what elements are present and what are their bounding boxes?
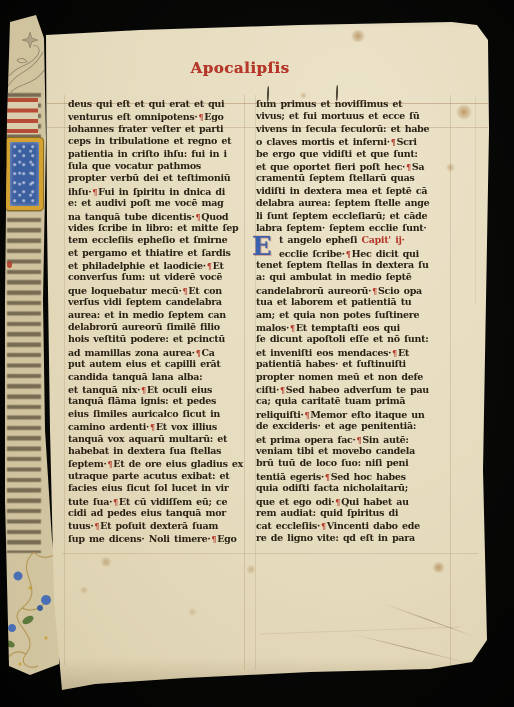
text-segment: Et: [398, 348, 409, 359]
previous-folio-illuminated-initial: [6, 138, 43, 210]
text-segment: veniam tibi et movebo candela: [256, 446, 415, 457]
text-line: facies eius ſicut ſol lucet in vir: [68, 483, 248, 495]
running-title: Apocalipſis: [168, 59, 312, 78]
text-line: tua et laborem et patientiā tu: [256, 297, 452, 309]
text-segment: ad mamillas zona aurea·: [68, 348, 195, 359]
text-segment: vivus; et fui mortuus et ecce ſū: [256, 111, 420, 122]
text-segment: et inveniſti eos mendaces·: [256, 348, 391, 359]
text-line: et prima opera fac·¶Sin autē:: [256, 434, 452, 446]
text-segment: Et de ore eius gladius ex: [113, 459, 243, 470]
text-line: iohannes frater veſter et parti: [68, 124, 248, 136]
text-column-right: E ſum primus et noviſſimus etvivus; et f…: [256, 99, 452, 545]
text-segment: am; et quia non potes ſuſtinere: [256, 310, 419, 321]
text-line: ſe dicunt apoſtoli eſſe et nō ſunt:: [256, 334, 452, 346]
text-line: cat eccleſiis·¶Vincenti dabo ede: [256, 520, 452, 532]
text-line: na tanquā tube dicentis·¶Quod: [68, 211, 248, 223]
text-segment: cramentū ſeptem ſtellarū quas: [256, 173, 414, 184]
text-segment: utraque parte acutus exibat: et: [68, 471, 229, 482]
parchment-stain: [456, 104, 472, 120]
text-segment: eius ſimiles auricalco ſicut in: [68, 409, 220, 420]
text-line: tuus·¶Et poſuit dexterā ſuam: [68, 520, 248, 532]
text-segment: na tanquā tube dicentis·: [68, 212, 194, 223]
text-line: tem eccleſiis epheſio et ſmirne: [68, 235, 248, 247]
paraph-mark: ¶: [206, 261, 213, 271]
ruled-line-vertical: [475, 95, 476, 305]
text-segment: Ca: [201, 348, 214, 359]
text-line: habebat in dextera ſua ſtellas: [68, 446, 248, 458]
text-segment: Ego: [217, 534, 236, 545]
text-segment: Et cū vidiſſem eū; ce: [119, 497, 227, 508]
text-segment: a: qui ambulat in medio ſeptē: [256, 272, 411, 283]
text-line: am; et quia non potes ſuſtinere: [256, 310, 452, 322]
text-segment: ihſu·: [68, 187, 91, 198]
text-line: labra ſeptem· ſeptem ecclie ſunt·: [256, 223, 452, 235]
text-line: o claves mortis et inferni·¶Scri: [256, 136, 452, 148]
text-line: ſula que vocatur pathmos: [68, 161, 248, 173]
text-segment: vidiſti in dextera mea et ſeptē cā: [256, 186, 427, 197]
text-line: veniam tibi et movebo candela: [256, 446, 452, 458]
text-line: vivus; et fui mortuus et ecce ſū: [256, 111, 452, 123]
text-line: ciſti·¶Sed habeo adverſum te pau: [256, 384, 452, 396]
text-segment: rem audiat: quid ſpiritus di: [256, 508, 398, 519]
text-segment: converſus ſum: ut viderē vocē: [68, 272, 222, 283]
paraph-mark: ¶: [140, 385, 147, 395]
text-segment: tanquā flāma ignis: et pedes: [68, 396, 216, 407]
text-segment: Et con: [188, 286, 221, 297]
text-segment: candida tanquā lana alba:: [68, 372, 202, 383]
text-line: utraque parte acutus exibat: et: [68, 471, 248, 483]
text-segment: habebat in dextera ſua ſtellas: [68, 446, 221, 457]
text-line: ceps in tribulatione et regno et: [68, 136, 248, 148]
chapter-initial-letter: E: [252, 235, 272, 259]
manuscript-page: Apocalipſis deus qui eſt et qui erat et …: [0, 0, 514, 707]
text-segment: malos·: [256, 323, 289, 334]
text-line: tanquā vox aquarū multarū: et: [68, 434, 248, 446]
text-segment: Sed hoc habes: [331, 472, 406, 483]
paraph-mark: ¶: [371, 286, 378, 296]
text-segment: patientiā habes· et ſuſtinuiſti: [256, 359, 406, 370]
text-segment: Sa: [412, 162, 424, 173]
text-segment: tua et laborem et patientiā tu: [256, 297, 411, 308]
text-segment: de excideris· et age penitentiā:: [256, 421, 416, 432]
previous-folio-paraph-mark: [7, 261, 12, 268]
text-segment: re de ligno vite: qd eſt in para: [256, 533, 415, 544]
parchment-stain: [350, 30, 366, 42]
text-line: tute ſua·¶Et cū vidiſſem eū; ce: [68, 496, 248, 508]
paraph-mark: ¶: [289, 323, 296, 333]
text-segment: Et temptaſti eos qui: [296, 323, 400, 334]
text-line: et pergamo et thiatire et ſardis: [68, 248, 248, 260]
text-segment: que loquebatur mecū·: [68, 286, 182, 297]
text-line: candida tanquā lana alba:: [68, 372, 248, 384]
text-segment: tenet ſeptem ſtellas in dextera ſu: [256, 260, 429, 271]
text-segment: vivens in ſecula ſeculorū: et habe: [256, 124, 429, 135]
text-segment: li ſunt ſeptem eccleſiarū; et cāde: [256, 211, 427, 222]
text-line: ecclie ſcribe·¶Hec dicit qui: [256, 248, 452, 260]
text-column-left: deus qui eſt et qui erat et quiventurus …: [68, 99, 248, 545]
text-segment: be ergo que vidiſti et que ſunt:: [256, 149, 418, 160]
text-line: deus qui eſt et qui erat et qui: [68, 99, 248, 111]
text-segment: labra ſeptem· ſeptem ecclie ſunt·: [256, 223, 426, 234]
text-line: et inveniſti eos mendaces·¶Et: [256, 347, 452, 359]
text-line: que loquebatur mecū·¶Et con: [68, 285, 248, 297]
text-segment: ciſti·: [256, 385, 279, 396]
text-segment: Qui habet au: [341, 497, 409, 508]
text-segment: hois veſtitū podere: et pcinctū: [68, 334, 225, 345]
text-line: et philadelphie et laodicie·¶Et: [68, 260, 248, 272]
text-segment: brū tuū de loco ſuo: niſi peni: [256, 458, 408, 469]
text-segment: Et vox illius: [156, 422, 217, 433]
text-segment: e: et audivi poſt me vocē mag: [68, 198, 223, 209]
text-line: quia odiſti facta nicholaitarū;: [256, 483, 452, 495]
text-segment: Et oculi eius: [147, 385, 212, 396]
text-line: malos·¶Et temptaſti eos qui: [256, 322, 452, 334]
text-line: venturus eſt omnipotens·¶Ego: [68, 111, 248, 123]
text-segment: delabrorū aureorū ſimilē filio: [68, 322, 220, 333]
text-segment: et philadelphie et laodicie·: [68, 261, 206, 272]
text-line: rem audiat: quid ſpiritus di: [256, 508, 452, 520]
text-segment: aurea: et in medio ſeptem can: [68, 310, 226, 321]
parchment-stain: [246, 565, 256, 574]
text-segment: cidi ad pedes eius tanquā mor: [68, 508, 226, 519]
text-segment: ecclie ſcribe·: [279, 249, 345, 260]
text-segment: que et ego odi·: [256, 497, 334, 508]
text-segment: facies eius ſicut ſol lucet in vir: [68, 483, 229, 494]
text-line: cramentū ſeptem ſtellarū quas: [256, 173, 452, 185]
text-segment: Et poſuit dexterā ſuam: [100, 521, 218, 532]
text-line: ad mamillas zona aurea·¶Ca: [68, 347, 248, 359]
text-segment: reliquiſti·: [256, 410, 304, 421]
text-line: de excideris· et age penitentiā:: [256, 421, 452, 433]
text-segment: verſus vidi ſeptem candelabra: [68, 297, 222, 308]
text-line: brū tuū de loco ſuo: niſi peni: [256, 458, 452, 470]
text-segment: propter nomen meū et non defe: [256, 372, 423, 383]
text-segment: ſup me dicens· Noli timere·: [68, 534, 210, 545]
text-segment: t angelo epheſi: [279, 235, 361, 246]
text-line: propter verbū dei et teſtimoniū: [68, 173, 248, 185]
text-line: verſus vidi ſeptem candelabra: [68, 297, 248, 309]
text-line: ca; quia caritatē tuam primā: [256, 396, 452, 408]
text-line: patientiā habes· et ſuſtinuiſti: [256, 359, 452, 371]
text-segment: quia odiſti facta nicholaitarū;: [256, 483, 408, 494]
text-line: ſum primus et noviſſimus et: [256, 99, 452, 111]
text-segment: ſum primus et noviſſimus et: [256, 99, 402, 110]
text-segment: iohannes frater veſter et parti: [68, 124, 223, 135]
text-segment: Ego: [204, 112, 223, 123]
text-line: vivens in ſecula ſeculorū: et habe: [256, 124, 452, 136]
text-segment: o claves mortis et inferni·: [256, 137, 390, 148]
text-segment: Scio opa: [378, 286, 422, 297]
photograph-backdrop: { "page": { "running_title": "Apocalipſi…: [0, 0, 514, 707]
parchment-stain: [432, 562, 445, 573]
text-segment: ceps in tribulatione et regno et: [68, 136, 231, 147]
parchment-stain: [80, 586, 88, 594]
text-line: hois veſtitū podere: et pcinctū: [68, 334, 248, 346]
text-segment: et que oportet fieri poſt hec·: [256, 162, 405, 173]
paraph-mark: ¶: [149, 422, 156, 432]
paraph-mark: ¶: [324, 472, 331, 482]
text-line: re de ligno vite: qd eſt in para: [256, 533, 452, 545]
text-segment: Fui in ſpiritu in dnica di: [98, 187, 225, 198]
parchment-stain: [100, 557, 112, 567]
penwork-flourish-decoration: [3, 26, 51, 96]
parchment-stain: [300, 92, 307, 99]
ruled-line-horizontal: [62, 553, 478, 554]
text-line: li ſunt ſeptem eccleſiarū; et cāde: [256, 211, 452, 223]
text-segment: tuus·: [68, 521, 93, 532]
paraph-mark: ¶: [405, 162, 412, 172]
paraph-mark: ¶: [390, 137, 397, 147]
text-segment: vides ſcribe in libro: et mitte ſep: [68, 223, 238, 234]
text-segment: ſeptem·: [68, 459, 106, 470]
text-segment: Hec dicit qui: [352, 249, 419, 260]
text-segment: candelabrorū aureorū·: [256, 286, 371, 297]
paraph-mark: ¶: [345, 249, 352, 259]
text-segment: ſe dicunt apoſtoli eſſe et nō ſunt:: [256, 334, 428, 345]
text-segment: delabra aurea: ſeptem ſtelle ange: [256, 198, 429, 209]
text-line: vidiſti in dextera mea et ſeptē cā: [256, 186, 452, 198]
text-line: e: et audivi poſt me vocē mag: [68, 198, 248, 210]
parchment-stain: [188, 608, 197, 616]
text-segment: Sed habeo adverſum te pau: [286, 385, 429, 396]
text-line: aurea: et in medio ſeptem can: [68, 310, 248, 322]
paraph-mark: ¶: [320, 521, 327, 531]
text-segment: et prima opera fac·: [256, 435, 356, 446]
text-line: camino ardenti·¶Et vox illius: [68, 421, 248, 433]
text-segment: patientia in criſto ihſu: fui in i: [68, 149, 227, 160]
text-segment: put autem eius et capilli erāt: [68, 359, 220, 370]
text-segment: Sin autē:: [362, 435, 408, 446]
text-line: tenet ſeptem ſtellas in dextera ſu: [256, 260, 452, 272]
text-segment: ca; quia caritatē tuam primā: [256, 396, 405, 407]
text-segment: Et: [213, 261, 224, 272]
text-line: converſus ſum: ut viderē vocē: [68, 272, 248, 284]
text-segment: camino ardenti·: [68, 422, 149, 433]
text-line: ſeptem·¶Et de ore eius gladius ex: [68, 458, 248, 470]
paraph-mark: ¶: [391, 348, 398, 358]
ruled-line-vertical: [64, 95, 65, 665]
text-line: et tanquā nix·¶Et oculi eius: [68, 384, 248, 396]
text-line: t angelo epheſi Capit' ij·: [256, 235, 452, 247]
text-segment: propter verbū dei et teſtimoniū: [68, 173, 230, 184]
text-line: be ergo que vidiſti et que ſunt:: [256, 149, 452, 161]
text-line: candelabrorū aureorū·¶Scio opa: [256, 285, 452, 297]
text-line: propter nomen meū et non defe: [256, 372, 452, 384]
text-line: patientia in criſto ihſu: fui in i: [68, 149, 248, 161]
text-segment: Memor eſto itaque un: [310, 410, 424, 421]
text-segment: Scri: [397, 137, 417, 148]
text-segment: Quod: [201, 212, 228, 223]
text-line: et que oportet fieri poſt hec·¶Sa: [256, 161, 452, 173]
text-segment: Vincenti dabo ede: [327, 521, 420, 532]
text-line: ſup me dicens· Noli timere·¶Ego: [68, 533, 248, 545]
text-line: cidi ad pedes eius tanquā mor: [68, 508, 248, 520]
previous-folio-red-rubric: [7, 98, 38, 134]
text-segment: et pergamo et thiatire et ſardis: [68, 248, 231, 259]
text-line: vides ſcribe in libro: et mitte ſep: [68, 223, 248, 235]
paraph-mark: ¶: [279, 385, 286, 395]
text-line: a: qui ambulat in medio ſeptē: [256, 272, 452, 284]
text-segment: ſula que vocatur pathmos: [68, 161, 201, 172]
text-segment: tem eccleſiis epheſio et ſmirne: [68, 235, 227, 246]
text-segment: cat eccleſiis·: [256, 521, 320, 532]
text-line: tentiā egeris·¶Sed hoc habes: [256, 471, 452, 483]
text-segment: tentiā egeris·: [256, 472, 324, 483]
text-segment: tanquā vox aquarū multarū: et: [68, 434, 227, 445]
paraph-mark: ¶: [112, 497, 119, 507]
text-line: tanquā flāma ignis: et pedes: [68, 396, 248, 408]
text-segment: tute ſua·: [68, 497, 112, 508]
chapter-rubric: Capit' ij·: [361, 235, 404, 246]
text-line: eius ſimiles auricalco ſicut in: [68, 409, 248, 421]
text-line: que et ego odi·¶Qui habet au: [256, 496, 452, 508]
text-line: reliquiſti·¶Memor eſto itaque un: [256, 409, 452, 421]
text-line: delabrorū aureorū ſimilē filio: [68, 322, 248, 334]
text-line: ihſu·¶Fui in ſpiritu in dnica di: [68, 186, 248, 198]
text-line: delabra aurea: ſeptem ſtelle ange: [256, 198, 452, 210]
text-line: put autem eius et capilli erāt: [68, 359, 248, 371]
text-segment: deus qui eſt et qui erat et qui: [68, 99, 224, 110]
text-segment: venturus eſt omnipotens·: [68, 112, 197, 123]
text-segment: et tanquā nix·: [68, 385, 140, 396]
